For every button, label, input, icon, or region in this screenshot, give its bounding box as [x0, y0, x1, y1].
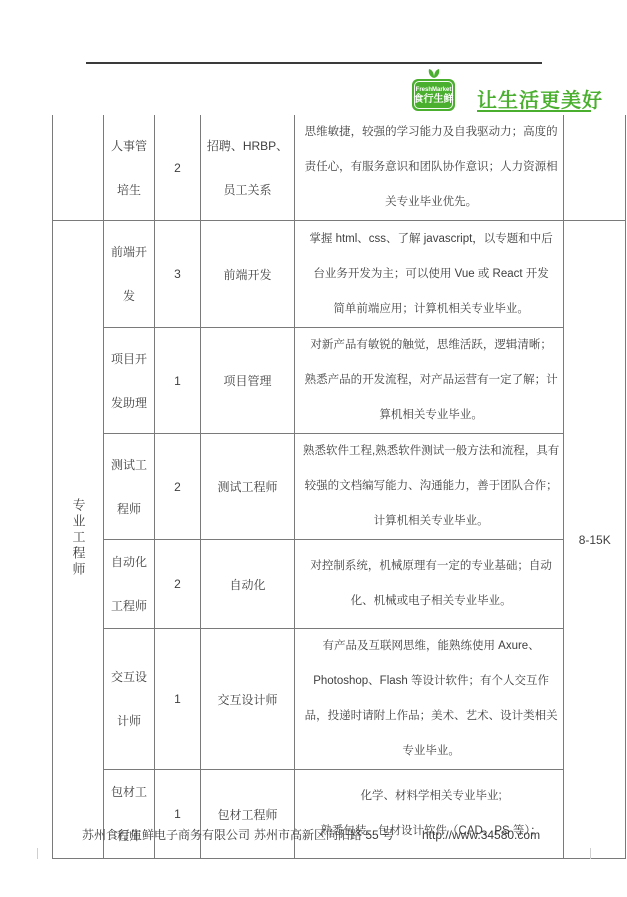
headcount-cell: 2 [155, 115, 201, 221]
category-label: 专业工程师 [69, 498, 88, 578]
position-line: 程师 [104, 487, 154, 531]
job-row: 人事管 培生 2 招聘、HRBP、 员工关系 思维敏捷，较强的学习能力及自我驱动… [53, 115, 626, 221]
position-line: 交互设 [104, 655, 154, 699]
requirement-line: 算机相关专业毕业。 [295, 398, 563, 433]
job-title-cell: 前端开发 [201, 221, 295, 328]
job-title-cell: 交互设计师 [201, 629, 295, 770]
requirements-cell: 有产品及互联网思维，能熟练使用 Axure、 Photoshop、Flash 等… [295, 629, 564, 770]
job-row: 测试工 程师 2 测试工程师 熟悉软件工程,熟悉软件测试一般方法和流程，具有 较… [53, 434, 626, 540]
requirements-cell: 思维敏捷，较强的学习能力及自我驱动力；高度的 责任心，有服务意识和团队协作意识；… [295, 115, 564, 221]
requirement-line: 熟悉产品的开发流程，对产品运营有一定了解；计 [295, 363, 563, 398]
requirement-line: 有产品及互联网思维，能熟练使用 Axure、 [295, 629, 563, 664]
jobs-table: 人事管 培生 2 招聘、HRBP、 员工关系 思维敏捷，较强的学习能力及自我驱动… [52, 115, 626, 859]
page-margin-mark [590, 848, 591, 859]
job-title-cell: 包材工程师 [201, 770, 295, 859]
requirement-line: 较强的文档编写能力、沟通能力，善于团队合作； [295, 469, 563, 504]
position-cell: 自动化 工程师 [104, 540, 155, 629]
requirement-line: 化、机械或电子相关专业毕业。 [295, 584, 563, 619]
requirement-line: 简单前端应用；计算机相关专业毕业。 [295, 292, 563, 327]
position-line: 前端开 [104, 230, 154, 274]
position-cell: 前端开 发 [104, 221, 155, 328]
job-row: 项目开 发助理 1 项目管理 对新产品有敏锐的触觉，思维活跃，逻辑清晰； 熟悉产… [53, 328, 626, 434]
requirement-line: 对新产品有敏锐的触觉，思维活跃，逻辑清晰； [295, 328, 563, 363]
position-line: 计师 [104, 699, 154, 743]
brand-slogan: 让生活更美好 [477, 84, 593, 113]
job-row: 包材工 程师 1 包材工程师 化学、材料学相关专业毕业; 熟悉包装、包材设计软件… [53, 770, 626, 859]
document-page: FreshMarket 食行生鲜 让生活更美好 人事管 培生 2 招聘、HRBP… [0, 0, 627, 897]
position-line: 发 [104, 274, 154, 318]
position-cell: 包材工 程师 [104, 770, 155, 859]
headcount-cell: 2 [155, 540, 201, 629]
headcount-cell: 1 [155, 770, 201, 859]
position-cell: 人事管 培生 [104, 115, 155, 221]
requirement-line: 品，投递时请附上作品；美术、艺术、设计类相关 [295, 699, 563, 734]
job-title-cell: 招聘、HRBP、 员工关系 [201, 115, 295, 221]
job-row: 交互设 计师 1 交互设计师 有产品及互联网思维，能熟练使用 Axure、 Ph… [53, 629, 626, 770]
job-title-line: 员工关系 [201, 168, 294, 212]
leaf-icon [412, 68, 455, 79]
position-line: 自动化 [104, 540, 154, 584]
position-line: 发助理 [104, 381, 154, 425]
requirement-line: 对控制系统，机械原理有一定的专业基础；自动 [295, 549, 563, 584]
job-title-cell: 测试工程师 [201, 434, 295, 540]
headcount-cell: 2 [155, 434, 201, 540]
position-line: 包材工 [104, 770, 154, 814]
job-title-line: 招聘、HRBP、 [201, 124, 294, 168]
requirements-cell: 熟悉软件工程,熟悉软件测试一般方法和流程，具有 较强的文档编写能力、沟通能力，善… [295, 434, 564, 540]
requirement-line: 关专业毕业优先。 [295, 185, 563, 220]
requirement-line: 熟悉软件工程,熟悉软件测试一般方法和流程，具有 [295, 434, 563, 469]
position-line: 人事管 [104, 124, 154, 168]
requirement-line: 计算机相关专业毕业。 [295, 504, 563, 539]
position-line: 项目开 [104, 337, 154, 381]
position-cell: 测试工 程师 [104, 434, 155, 540]
position-line: 工程师 [104, 584, 154, 628]
headcount-cell: 1 [155, 328, 201, 434]
header-rule [86, 62, 542, 64]
footer-company: 苏州食行生鲜电子商务有限公司 [82, 828, 250, 842]
page-margin-mark [37, 848, 38, 859]
position-line: 测试工 [104, 443, 154, 487]
salary-cell: 8-15K [564, 221, 626, 859]
requirement-line: 思维敏捷，较强的学习能力及自我驱动力；高度的 [295, 115, 563, 150]
job-title-cell: 项目管理 [201, 328, 295, 434]
requirements-cell: 掌握 html、css、了解 javascript，以专题和中后 台业务开发为主… [295, 221, 564, 328]
logo-box: FreshMarket 食行生鲜 [412, 79, 455, 111]
salary-cell-cut [564, 115, 626, 221]
requirement-line: Photoshop、Flash 等设计软件；有个人交互作 [295, 664, 563, 699]
footer-website: http://www.34580.com [422, 828, 540, 842]
job-row: 专业工程师 前端开 发 3 前端开发 掌握 html、css、了解 javasc… [53, 221, 626, 328]
category-cell-cut [53, 115, 104, 221]
logo-frame [414, 81, 453, 109]
job-row: 自动化 工程师 2 自动化 对控制系统，机械原理有一定的专业基础；自动 化、机械… [53, 540, 626, 629]
position-cell: 项目开 发助理 [104, 328, 155, 434]
footer-address: 苏州市高新区向阳路 55 号 [254, 828, 394, 842]
headcount-cell: 3 [155, 221, 201, 328]
job-title-cell: 自动化 [201, 540, 295, 629]
category-cell: 专业工程师 [53, 221, 104, 859]
requirements-cell: 化学、材料学相关专业毕业; 熟悉包装、包材设计软件（CAD、PS 等）； [295, 770, 564, 859]
requirement-line: 化学、材料学相关专业毕业; [295, 779, 563, 814]
position-cell: 交互设 计师 [104, 629, 155, 770]
brand-logo: FreshMarket 食行生鲜 [412, 68, 455, 111]
requirement-line: 掌握 html、css、了解 javascript，以专题和中后 [295, 222, 563, 257]
slogan-underline [477, 110, 591, 112]
requirement-line: 专业毕业。 [295, 734, 563, 769]
requirement-line: 台业务开发为主；可以使用 Vue 或 React 开发 [295, 257, 563, 292]
requirements-cell: 对新产品有敏锐的触觉，思维活跃，逻辑清晰； 熟悉产品的开发流程，对产品运营有一定… [295, 328, 564, 434]
position-line: 培生 [104, 168, 154, 212]
requirements-cell: 对控制系统，机械原理有一定的专业基础；自动 化、机械或电子相关专业毕业。 [295, 540, 564, 629]
requirement-line: 责任心，有服务意识和团队协作意识；人力资源相 [295, 150, 563, 185]
headcount-cell: 1 [155, 629, 201, 770]
